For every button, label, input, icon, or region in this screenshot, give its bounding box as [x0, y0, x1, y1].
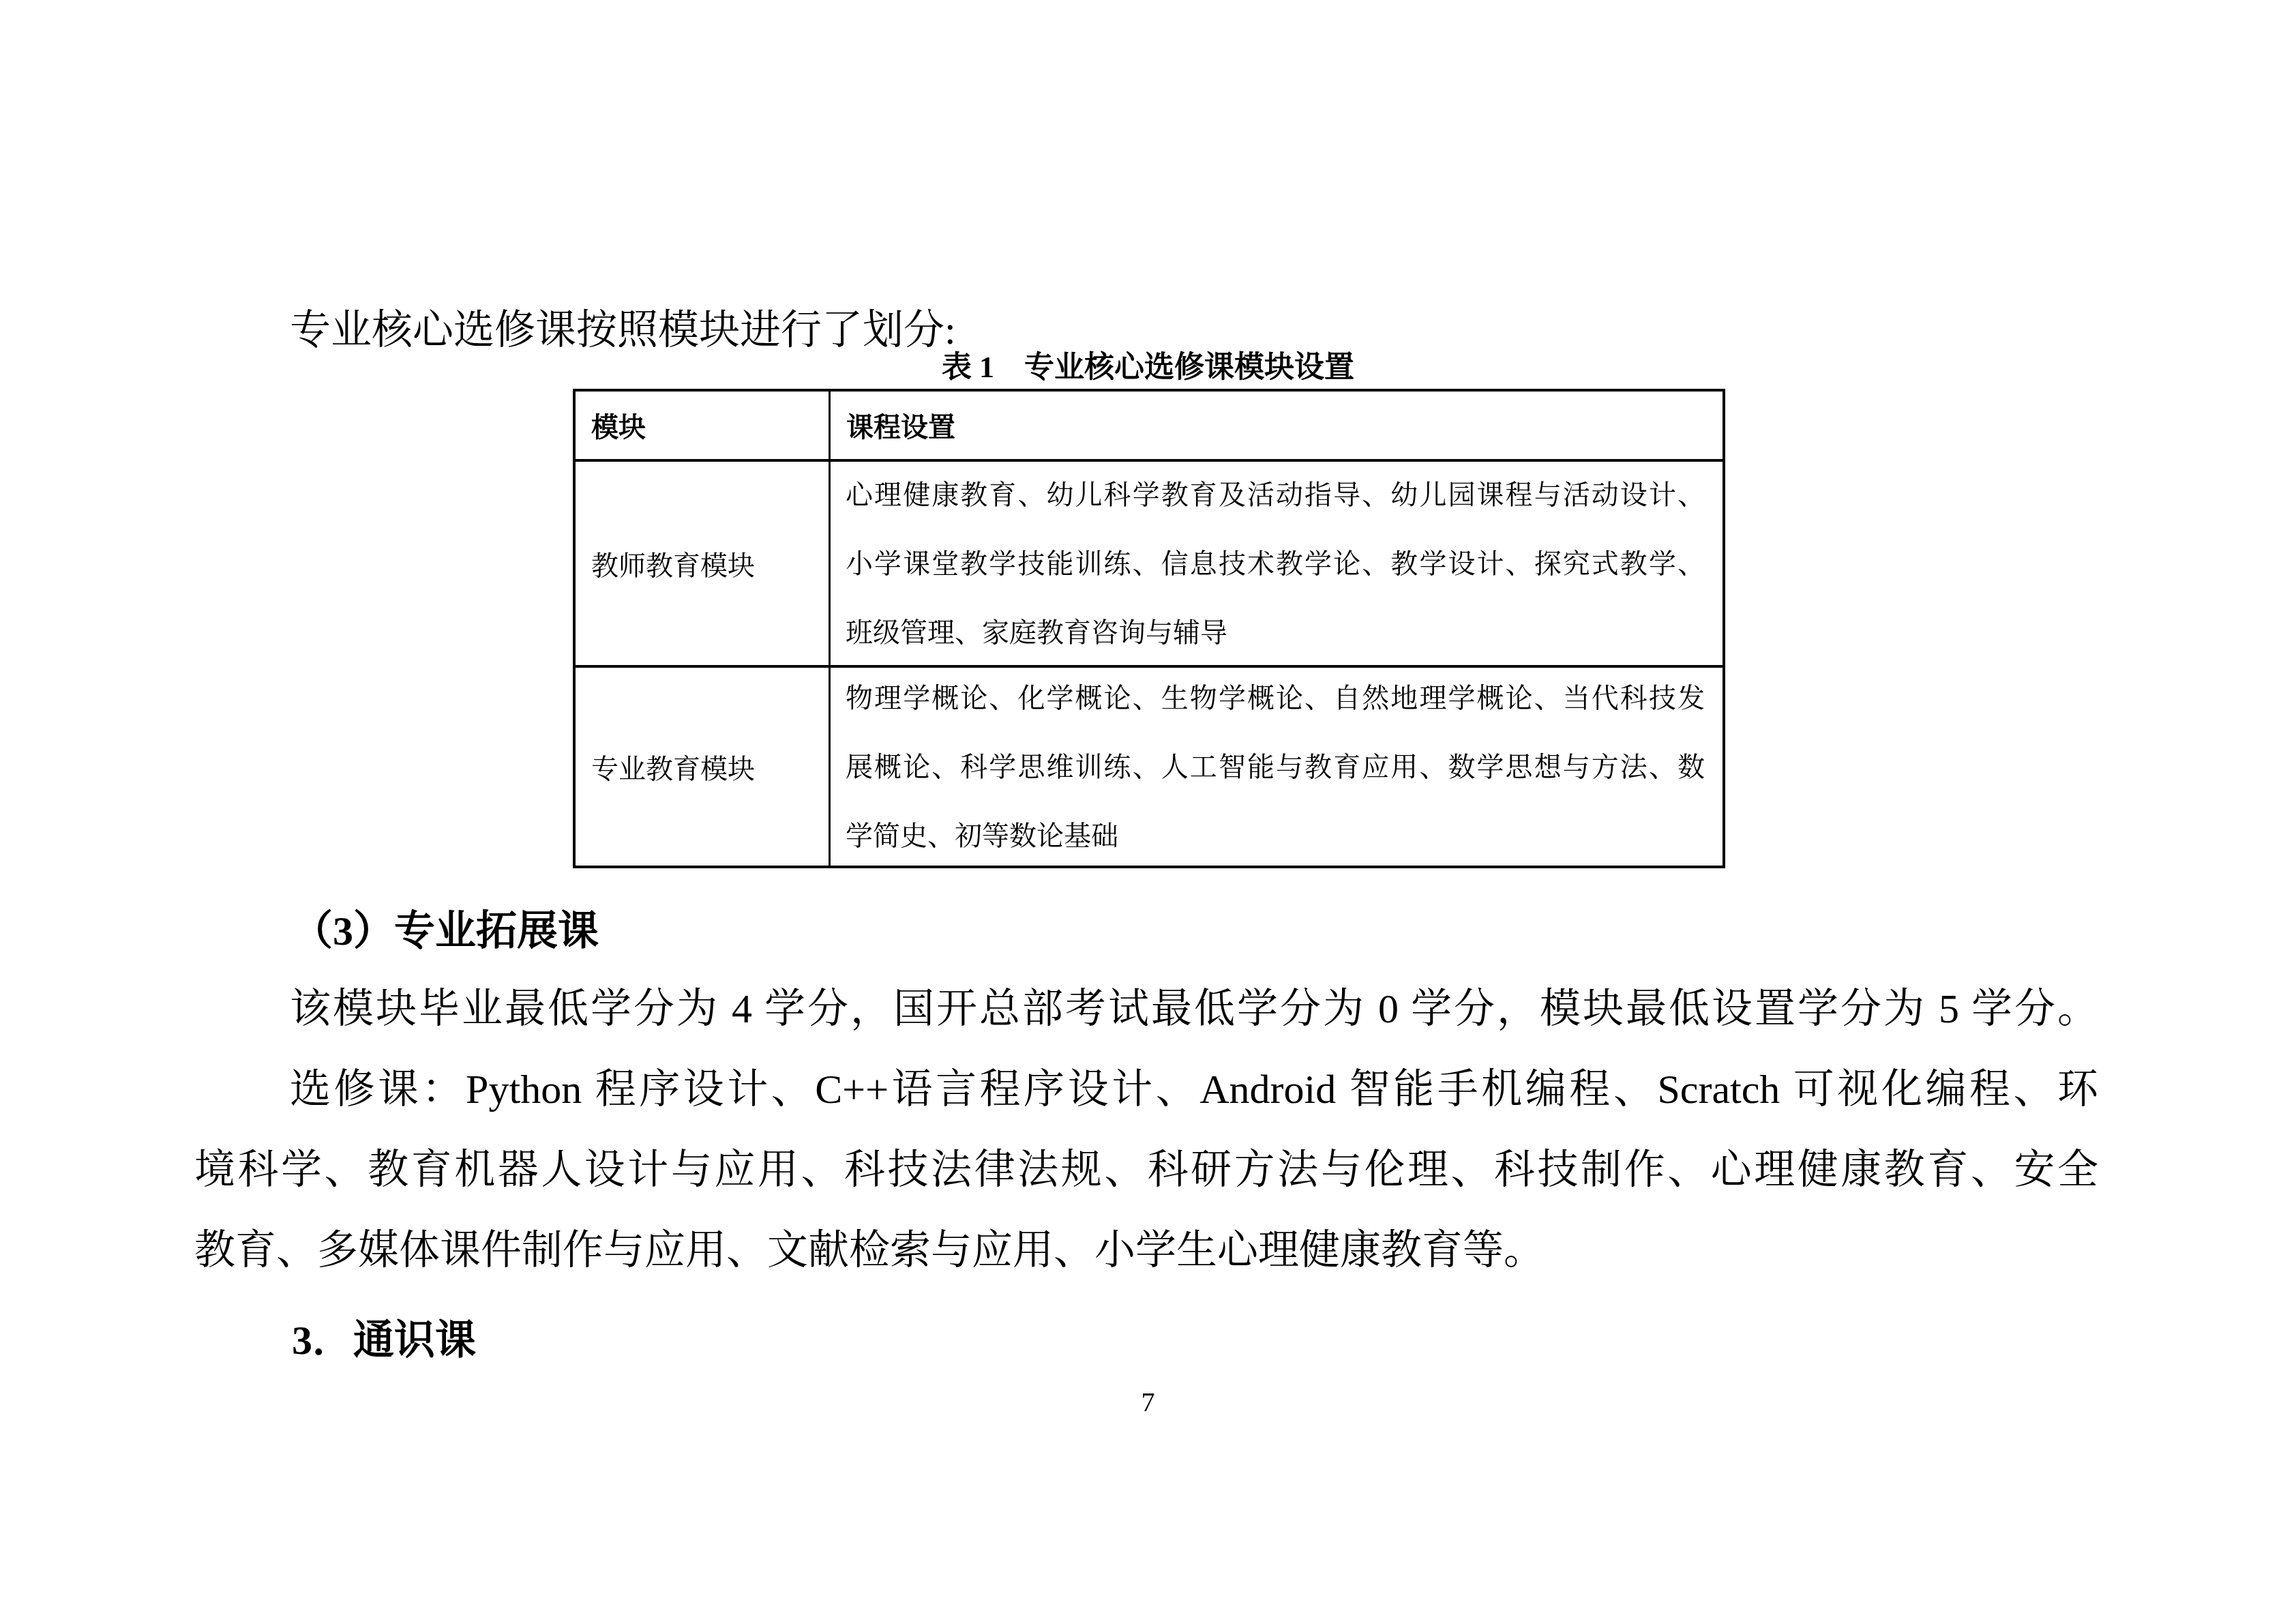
table-caption: 表 1 专业核心选修课模块设置 — [0, 342, 2296, 386]
section-heading-general-courses: 3．通识课 — [292, 1318, 476, 1362]
course-line: 心理健康教育、幼儿科学教育及活动指导、幼儿园课程与活动设计、 — [846, 460, 1705, 529]
electives-paragraph-line: 境科学、教育机器人设计与应用、科技法律法规、科研方法与伦理、科技制作、心理健康教… — [194, 1148, 2098, 1192]
course-line: 展概论、科学思维训练、人工智能与教育应用、数学思想与方法、数 — [846, 733, 1705, 801]
table-row-module-cell: 教师教育模块 — [576, 459, 829, 665]
page-number: 7 — [0, 1386, 2296, 1418]
course-line: 学简史、初等数论基础 — [846, 801, 1705, 870]
course-line: 物理学概论、化学概论、生物学概论、自然地理学概论、当代科技发 — [846, 664, 1705, 733]
course-line: 小学课堂教学技能训练、信息技术教学论、教学设计、探究式教学、 — [846, 529, 1705, 598]
course-modules-table: 模块 课程设置 教师教育模块 心理健康教育、幼儿科学教育及活动指导、幼儿园课程与… — [573, 389, 1725, 868]
table-header-courses: 课程设置 — [829, 392, 1723, 459]
table-row-courses-cell: 物理学概论、化学概论、生物学概论、自然地理学概论、当代科技发 展概论、科学思维训… — [829, 665, 1723, 866]
table-row-courses-cell: 心理健康教育、幼儿科学教育及活动指导、幼儿园课程与活动设计、 小学课堂教学技能训… — [829, 459, 1723, 665]
course-line: 班级管理、家庭教育咨询与辅导 — [846, 598, 1705, 667]
table-row-module-cell: 专业教育模块 — [576, 665, 829, 866]
credits-paragraph-line: 该模块毕业最低学分为 4 学分，国开总部考试最低学分为 0 学分，模块最低设置学… — [290, 987, 2098, 1031]
electives-paragraph-line: 选修课：Python 程序设计、C++语言程序设计、Android 智能手机编程… — [290, 1067, 2098, 1111]
electives-paragraph-line: 教育、多媒体课件制作与应用、文献检索与应用、小学生心理健康教育等。 — [194, 1228, 2098, 1272]
table-header-module: 模块 — [576, 392, 829, 459]
section-heading-expansion-courses: （3）专业拓展课 — [292, 909, 599, 953]
document-page: 专业核心选修课按照模块进行了划分: 表 1 专业核心选修课模块设置 模块 课程设… — [0, 0, 2296, 1624]
